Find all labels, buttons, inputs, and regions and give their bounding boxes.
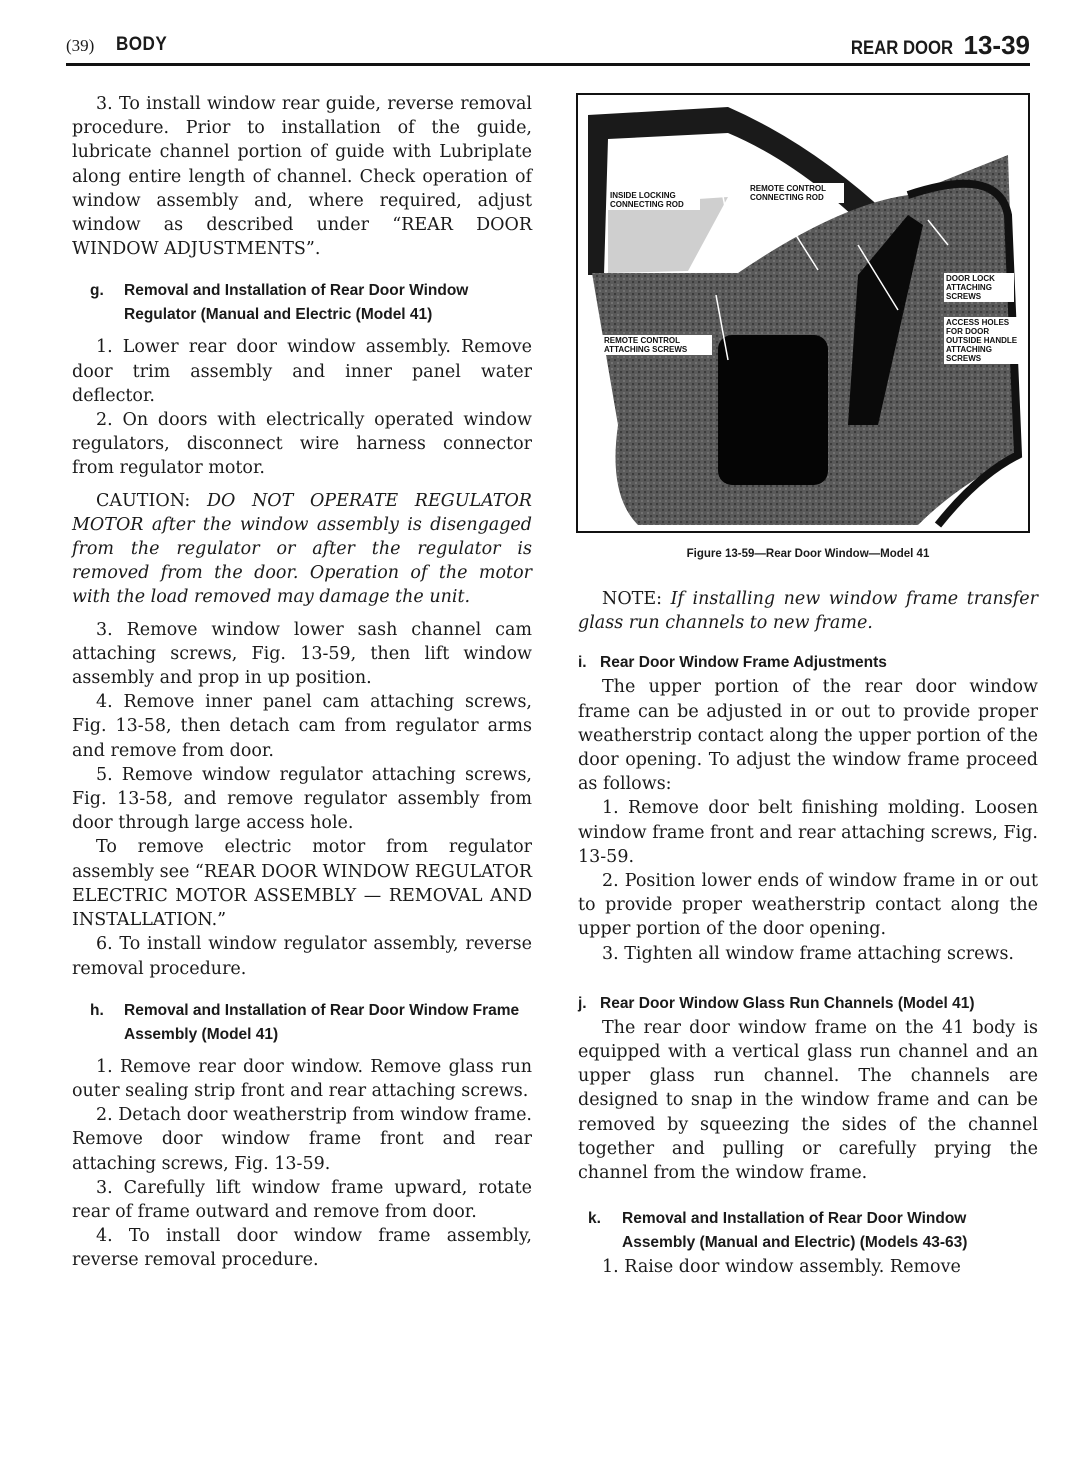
- note-paragraph: NOTE: If installing new window frame tra…: [578, 587, 1038, 635]
- callout-access-holes: Access Holes for Door Outside Handle Att…: [944, 317, 1028, 364]
- paragraph: To remove electric motor from regulator …: [72, 835, 532, 932]
- intro-paragraph: 3. To install window rear guide, reverse…: [72, 92, 532, 261]
- paragraph: 1. Lower rear door window assembly. Remo…: [72, 335, 532, 408]
- paragraph: The rear door window frame on the 41 bod…: [578, 1016, 1038, 1185]
- page-code: 13-39: [964, 30, 1031, 60]
- left-column: 3. To install window rear guide, reverse…: [72, 92, 532, 1273]
- paragraph: 2. On doors with electrically operated w…: [72, 408, 532, 481]
- section-i-title: Rear Door Window Frame Adjustments: [600, 651, 1038, 675]
- paragraph: 4. To install door window frame assembly…: [72, 1224, 532, 1272]
- page-number: (39): [66, 36, 94, 56]
- header-right: REAR DOOR13-39: [837, 30, 1030, 61]
- section-g-title: Removal and Installation of Rear Door Wi…: [124, 279, 532, 327]
- paragraph: 1. Remove rear door window. Remove glass…: [72, 1055, 532, 1103]
- page-header: (39) BODY REAR DOOR13-39: [66, 30, 1030, 62]
- figure-rear-door: Inside Locking Connecting Rod Remote Con…: [576, 93, 1030, 533]
- door-illustration: [578, 95, 1028, 531]
- caution-paragraph: CAUTION: DO NOT OPERATE REGULATOR MOTOR …: [72, 489, 532, 610]
- paragraph: 3. Carefully lift window frame upward, r…: [72, 1176, 532, 1224]
- section-h-heading: h. Removal and Installation of Rear Door…: [72, 999, 532, 1047]
- section-title: BODY: [116, 34, 167, 56]
- note-label: NOTE:: [602, 589, 662, 609]
- section-k-heading: k. Removal and Installation of Rear Door…: [578, 1207, 1038, 1255]
- paragraph: 5. Remove window regulator attaching scr…: [72, 763, 532, 836]
- paragraph: 6. To install window regulator assembly,…: [72, 932, 532, 980]
- section-j-heading: j. Rear Door Window Glass Run Channels (…: [578, 992, 1038, 1016]
- paragraph: 3. Tighten all window frame attaching sc…: [578, 942, 1038, 966]
- paragraph: 3. Remove window lower sash channel cam …: [72, 618, 532, 691]
- paragraph: 4. Remove inner panel cam attaching scre…: [72, 690, 532, 763]
- paragraph: 2. Position lower ends of window frame i…: [578, 869, 1038, 942]
- paragraph: 2. Detach door weatherstrip from window …: [72, 1103, 532, 1176]
- paragraph: The upper portion of the rear door windo…: [578, 675, 1038, 796]
- callout-inside-locking-rod: Inside Locking Connecting Rod: [608, 190, 700, 210]
- section-j-title: Rear Door Window Glass Run Channels (Mod…: [600, 992, 1038, 1016]
- paragraph: 1. Remove door belt finishing molding. L…: [578, 796, 1038, 869]
- caution-label: CAUTION:: [96, 491, 190, 511]
- header-rule: [66, 63, 1030, 66]
- topic-title: REAR DOOR: [851, 38, 953, 60]
- callout-door-lock-screws: Door Lock Attaching Screws: [944, 273, 1014, 302]
- paragraph: 1. Raise door window assembly. Remove: [578, 1255, 1038, 1279]
- section-g-heading: g. Removal and Installation of Rear Door…: [72, 279, 532, 327]
- section-k-title: Removal and Installation of Rear Door Wi…: [622, 1207, 1038, 1255]
- callout-remote-control-rod: Remote Control Connecting Rod: [748, 183, 844, 203]
- callout-remote-control-screws: Remote Control Attaching Screws: [602, 335, 712, 355]
- right-column: NOTE: If installing new window frame tra…: [578, 587, 1038, 1279]
- figure-caption: Figure 13-59—Rear Door Window—Model 41: [578, 548, 1038, 560]
- section-i-heading: i. Rear Door Window Frame Adjustments: [578, 651, 1038, 675]
- section-h-title: Removal and Installation of Rear Door Wi…: [124, 999, 532, 1047]
